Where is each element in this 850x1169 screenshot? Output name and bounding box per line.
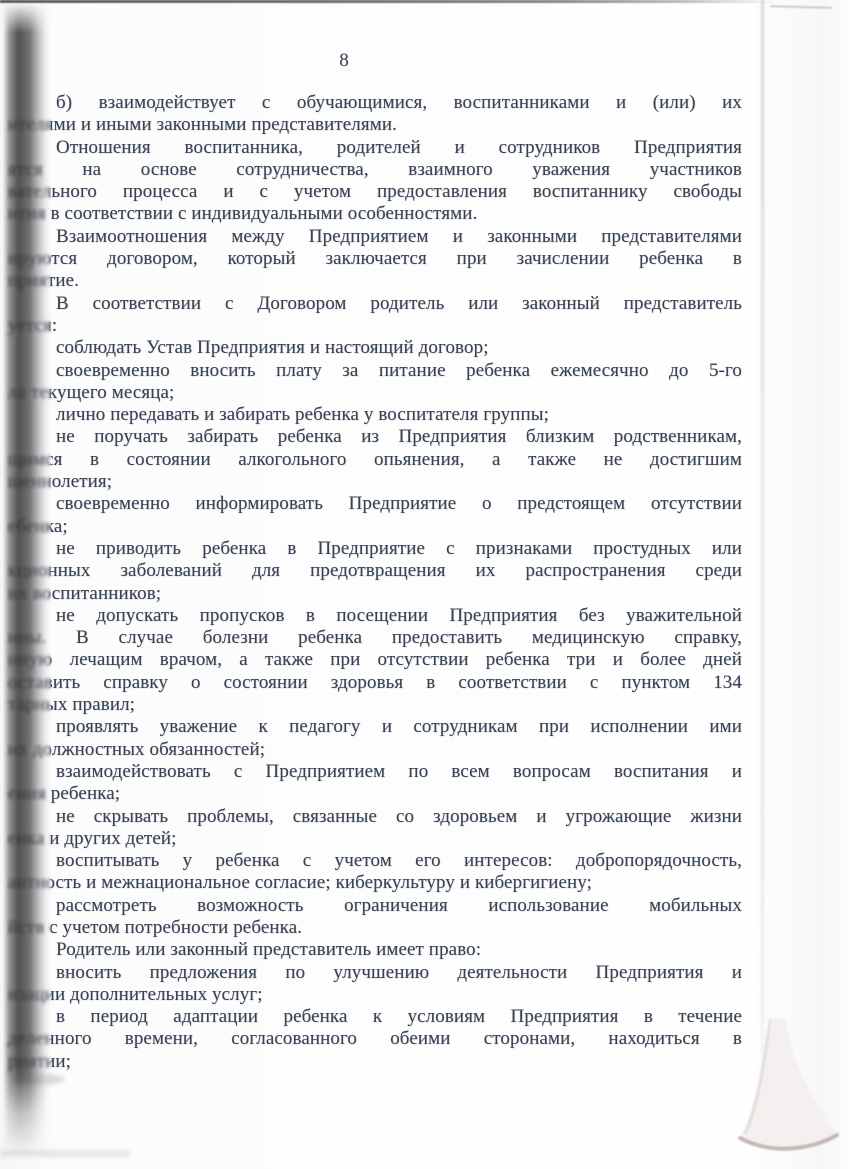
text-line: не поручать забирать ребенка из Предприя… bbox=[8, 426, 742, 448]
text-line: приятие. bbox=[8, 270, 742, 292]
text-line: в период адаптации ребенка к условиям Пр… bbox=[8, 1006, 742, 1028]
page-number: 8 bbox=[300, 50, 388, 72]
text-line: вательного процесса и с учетом предостав… bbox=[8, 181, 742, 203]
text-line: ебенка; bbox=[8, 516, 742, 538]
text-line: ины. В случае болезни ребенка предостави… bbox=[8, 627, 742, 649]
text-line: оставить справку о состоянии здоровья в … bbox=[8, 672, 742, 694]
paragraph: своевременно информировать Предприятие о… bbox=[8, 493, 742, 538]
paragraph: своевременно вносить плату за питание ре… bbox=[8, 360, 742, 405]
text-line: их должностных обязанностей; bbox=[8, 739, 742, 761]
paragraph: рассмотреть возможность ограничения испо… bbox=[8, 895, 742, 940]
text-line: соблюдать Устав Предприятия и настоящий … bbox=[8, 337, 742, 359]
paragraph: не поручать забирать ребенка из Предприя… bbox=[8, 426, 742, 493]
paragraph: в период адаптации ребенка к условиям Пр… bbox=[8, 1006, 742, 1073]
text-line: проявлять уважение к педагогу и сотрудни… bbox=[8, 716, 742, 738]
text-line: лично передавать и забирать ребенка у во… bbox=[8, 404, 742, 426]
text-line: изации дополнительных услуг; bbox=[8, 984, 742, 1006]
text-line: риятии; bbox=[8, 1051, 742, 1073]
text-line: не скрывать проблемы, связанные со здоро… bbox=[8, 806, 742, 828]
text-line: Взаимоотношения между Предприятием и зак… bbox=[8, 226, 742, 248]
text-line: ителями и иными законными представителям… bbox=[8, 114, 742, 136]
text-line: деленного времени, согласованного обеими… bbox=[8, 1028, 742, 1050]
paragraph: взаимодействовать с Предприятием по всем… bbox=[8, 761, 742, 806]
text-line: ируются договором, который заключается п… bbox=[8, 248, 742, 270]
text-line: уется: bbox=[8, 315, 742, 337]
paragraph: В соответствии с Договором родитель или … bbox=[8, 293, 742, 338]
scanned-document-page: 8 б) взаимодействует с обучающимися, вос… bbox=[0, 0, 850, 1169]
paragraph: вносить предложения по улучшению деятель… bbox=[8, 962, 742, 1007]
text-line: Отношения воспитанника, родителей и сотр… bbox=[8, 137, 742, 159]
paragraph: не скрывать проблемы, связанные со здоро… bbox=[8, 806, 742, 851]
text-line: антность и межнациональное согласие; киб… bbox=[8, 872, 742, 894]
text-line: тарных правил; bbox=[8, 694, 742, 716]
text-line: Родитель или законный представитель имее… bbox=[8, 939, 742, 961]
text-line: нную лечащим врачом, а также при отсутст… bbox=[8, 649, 742, 671]
text-line: йств с учетом потребности ребенка. bbox=[8, 917, 742, 939]
text-line: не допускать пропусков в посещении Предп… bbox=[8, 605, 742, 627]
scan-top-right-edge bbox=[770, 5, 832, 9]
scan-top-edge-line bbox=[0, 0, 778, 3]
text-line: щимся в состоянии алкогольного опьянения… bbox=[8, 449, 742, 471]
text-line: ла текущего месяца; bbox=[8, 382, 742, 404]
paragraph: проявлять уважение к педагогу и сотрудни… bbox=[8, 716, 742, 761]
page-corner-curl bbox=[733, 1018, 850, 1169]
text-line: ятся на основе сотрудничества, взаимного… bbox=[8, 159, 742, 181]
text-line: взаимодействовать с Предприятием по всем… bbox=[8, 761, 742, 783]
paragraph: лично передавать и забирать ребенка у во… bbox=[8, 404, 742, 426]
text-line: кционных заболеваний для предотвращения … bbox=[8, 560, 742, 582]
text-line: енка и других детей; bbox=[8, 828, 742, 850]
text-line: своевременно вносить плату за питание ре… bbox=[8, 360, 742, 382]
text-line: не приводить ребенка в Предприятие с при… bbox=[8, 538, 742, 560]
text-line: ития в соответствии с индивидуальными ос… bbox=[8, 203, 742, 225]
paragraph: воспитывать у ребенка с учетом его интер… bbox=[8, 850, 742, 895]
text-line: своевременно информировать Предприятие о… bbox=[8, 493, 742, 515]
text-line: вносить предложения по улучшению деятель… bbox=[8, 962, 742, 984]
text-line: б) взаимодействует с обучающимися, воспи… bbox=[8, 92, 742, 114]
text-line: их воспитанников; bbox=[8, 583, 742, 605]
paragraph: соблюдать Устав Предприятия и настоящий … bbox=[8, 337, 742, 359]
paragraph: б) взаимодействует с обучающимися, воспи… bbox=[8, 92, 742, 137]
document-text: б) взаимодействует с обучающимися, воспи… bbox=[8, 92, 742, 1073]
paragraph: не допускать пропусков в посещении Предп… bbox=[8, 605, 742, 716]
page-crease bbox=[761, 0, 764, 1120]
text-line: рассмотреть возможность ограничения испо… bbox=[8, 895, 742, 917]
paragraph: Отношения воспитанника, родителей и сотр… bbox=[8, 137, 742, 226]
paragraph: Родитель или законный представитель имее… bbox=[8, 939, 742, 961]
text-line: В соответствии с Договором родитель или … bbox=[8, 293, 742, 315]
text-line: шеннолетия; bbox=[8, 471, 742, 493]
book-binding-shadow bbox=[3, 3, 51, 1155]
text-line: ения ребенка; bbox=[8, 783, 742, 805]
text-line: воспитывать у ребенка с учетом его интер… bbox=[8, 850, 742, 872]
paragraph: Взаимоотношения между Предприятием и зак… bbox=[8, 226, 742, 293]
paragraph: не приводить ребенка в Предприятие с при… bbox=[8, 538, 742, 605]
